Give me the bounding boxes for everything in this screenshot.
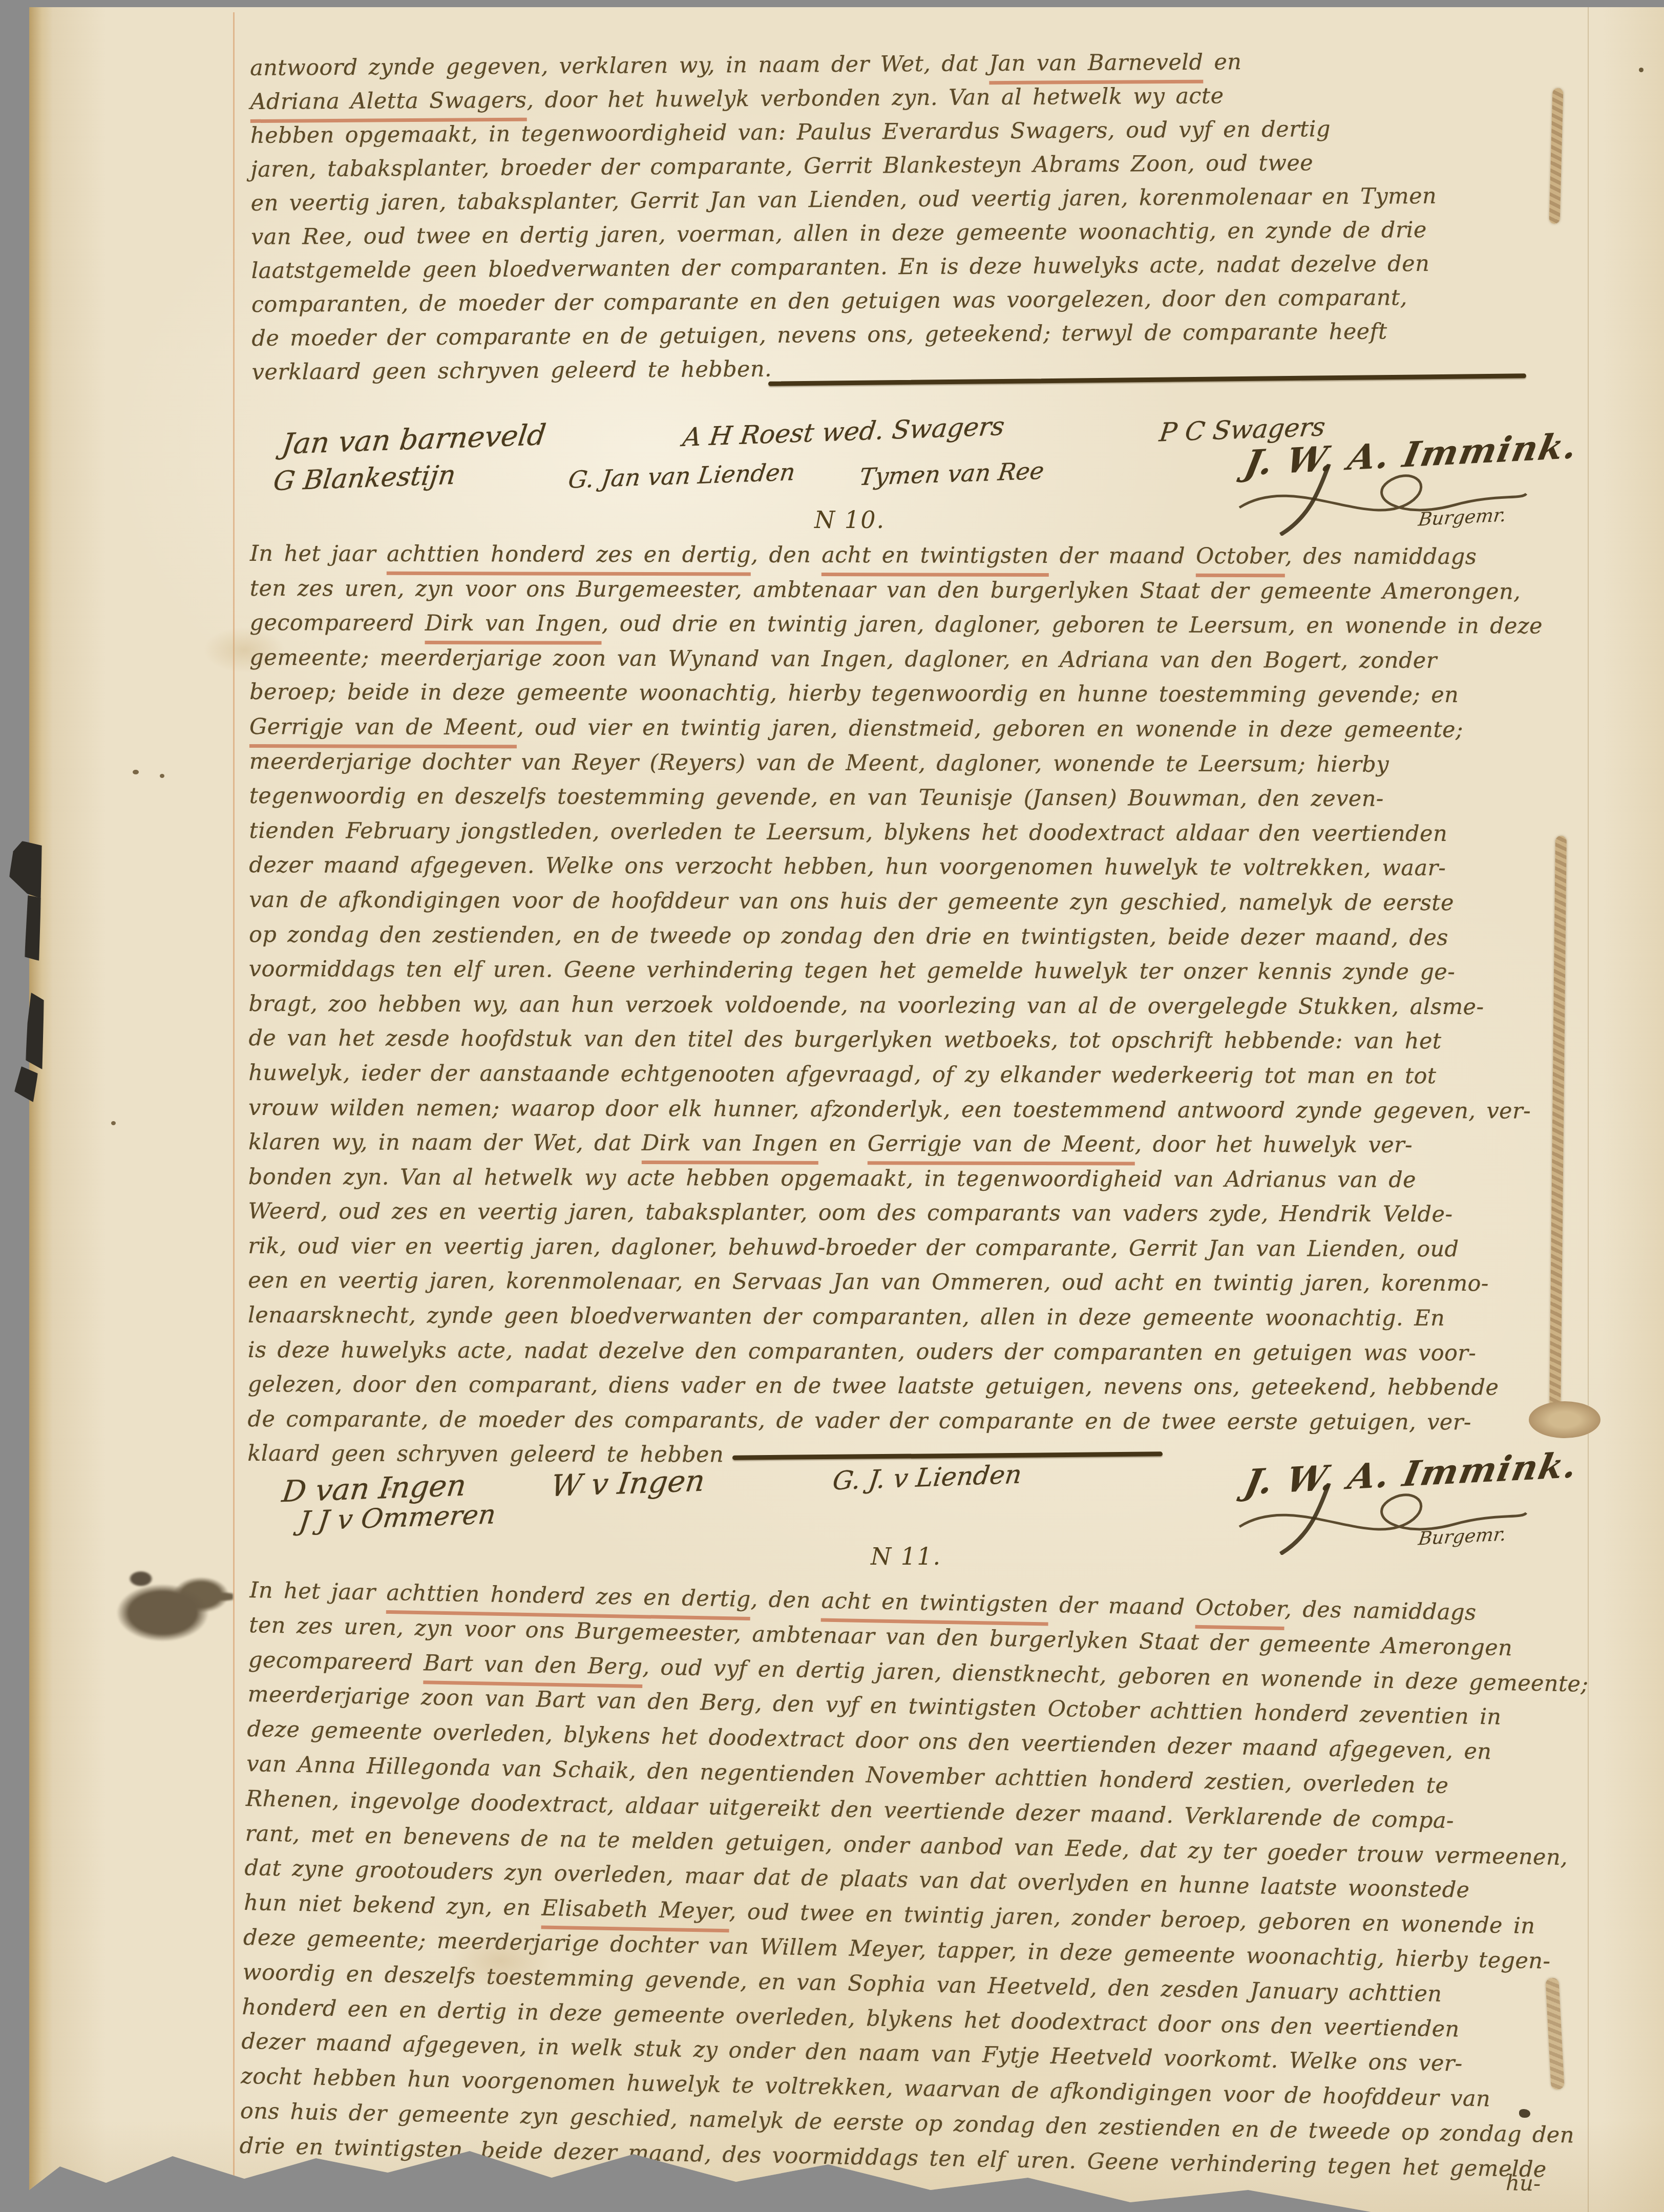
red-underlined-text: Adriana Aletta Swagers: [250, 88, 526, 123]
text-segment: antwoord zynde gegeven, verklaren wy, in…: [250, 51, 989, 81]
text-segment: huwelyk, ieder der aanstaande echtgenoot…: [248, 1060, 1436, 1089]
binding-thread-middle: [1549, 836, 1567, 1412]
text-segment: In het jaar: [250, 541, 387, 567]
paper-crease: [1588, 7, 1589, 2212]
text-segment: rik, oud vier en veertig jaren, dagloner…: [248, 1233, 1459, 1262]
red-underlined-text: acht en twintigsten: [821, 1588, 1048, 1626]
ink-speck: [160, 774, 164, 778]
ink-speck: [133, 770, 139, 774]
text-segment: beroep; beide in deze gemeente woonachti…: [249, 679, 1459, 708]
text-segment: vrouw wilden nemen; waarop door elk hunn…: [248, 1094, 1531, 1124]
ink-speck: [1639, 68, 1644, 72]
margin-ruling-line: [233, 12, 235, 2179]
text-segment: bonden zyn. Van al hetwelk wy acte hebbe…: [248, 1164, 1416, 1193]
text-segment: op zondag den zestienden, en de tweede o…: [249, 922, 1448, 951]
text-line: vrouw wilden nemen; waarop door elk hunn…: [248, 1094, 1549, 1132]
text-line: de van het zesde hoofdstuk van den titel…: [248, 1025, 1549, 1063]
text-segment: tienden February jongstleden, overleden …: [249, 818, 1447, 847]
red-underlined-text: Dirk van Ingen: [425, 610, 602, 645]
text-segment: dezer maand afgegeven. Welke ons verzoch…: [249, 852, 1446, 881]
text-line: Gerrigje van de Meent, oud vier en twint…: [249, 714, 1550, 752]
ink-blot: [105, 1559, 233, 1649]
left-edge-ink-marks: [25, 895, 41, 961]
text-segment: voormiddags ten elf uren. Geene verhinde…: [249, 956, 1455, 985]
document-page: antwoord zynde gegeven, verklaren wy, in…: [29, 7, 1664, 2212]
ink-speck: [1519, 2109, 1530, 2118]
text-line: Weerd, oud zes en veertig jaren, tabaksp…: [248, 1198, 1549, 1236]
red-underlined-text: acht en twintigsten: [822, 542, 1049, 577]
text-segment: bragt, zoo hebben wy, aan hun verzoek vo…: [249, 991, 1484, 1020]
act-number-heading: N 10.: [814, 506, 885, 534]
text-segment: meerderjarige dochter van Reyer (Reyers)…: [249, 749, 1389, 777]
text-segment: , oud vier en twintig jaren, dienstmeid,…: [517, 714, 1463, 743]
text-segment: gecompareerd: [248, 1647, 424, 1676]
text-line: bragt, zoo hebben wy, aan hun verzoek vo…: [249, 991, 1550, 1029]
signature-witness-act10: G. J. v Lienden: [831, 1460, 1024, 1496]
text-segment: , den: [750, 1587, 822, 1614]
signature-witness-act10: J J v Ommeren: [297, 1499, 497, 1536]
text-segment: gelezen, door den comparant, diens vader…: [248, 1372, 1499, 1400]
red-underlined-text: Jan van Barneveld: [989, 50, 1204, 85]
signature-witness-act9: Tymen van Ree: [858, 457, 1046, 491]
red-underlined-text: Gerrigje van de Meent: [249, 714, 517, 748]
left-edge-ink-marks: [9, 841, 42, 898]
text-segment: der maand: [1048, 1592, 1196, 1620]
act-10-paragraph: In het jaar achttien honderd zes en dert…: [247, 541, 1551, 1479]
text-segment: de van het zesde hoofdstuk van den titel…: [248, 1025, 1441, 1054]
text-segment: Weerd, oud zes en veertig jaren, tabaksp…: [248, 1198, 1453, 1227]
text-segment: tegenwoordig en deszelfs toestemming gev…: [249, 783, 1384, 812]
binding-thread-knot: [1529, 1401, 1600, 1438]
text-line: lenaarsknecht, zynde geen bloedverwanten…: [248, 1302, 1549, 1340]
text-segment: is deze huwelyks acte, nadat dezelve den…: [248, 1337, 1476, 1366]
left-edge-ink-marks: [26, 993, 44, 1069]
text-line: van de afkondigingen voor de hoofddeur v…: [249, 887, 1550, 925]
text-line: tegenwoordig en deszelfs toestemming gev…: [249, 783, 1550, 821]
text-line: op zondag den zestienden, en de tweede o…: [249, 922, 1550, 960]
text-line: ten zes uren, zyn voor ons Burgemeester,…: [250, 576, 1551, 614]
text-line: voormiddags ten elf uren. Geene verhinde…: [249, 956, 1550, 994]
text-line: de comparante, de moeder des comparants,…: [247, 1406, 1548, 1444]
text-segment: gecompareerd: [250, 610, 425, 636]
ink-speck: [388, 1487, 392, 1491]
text-segment: lenaarsknecht, zynde geen bloedverwanten…: [248, 1302, 1445, 1331]
text-line: gelezen, door den comparant, diens vader…: [248, 1372, 1549, 1409]
text-segment: ten zes uren, zyn voor ons Burgemeester,…: [250, 576, 1521, 604]
text-segment: verklaard geen schryven geleerd te hebbe…: [252, 356, 783, 385]
text-segment: , door het huwelyk verbonden zyn. Van al…: [526, 83, 1224, 113]
red-underlined-text: Elisabeth Meyer: [541, 1895, 729, 1933]
text-segment: der maand: [1049, 543, 1196, 569]
text-segment: een en veertig jaren, korenmolenaar, en …: [248, 1268, 1489, 1296]
text-segment: van de afkondigingen voor de hoofddeur v…: [249, 887, 1454, 916]
red-underlined-text: October: [1196, 543, 1285, 577]
text-line: gecompareerd Dirk van Ingen, oud drie en…: [249, 610, 1550, 648]
text-segment: , door het huwelyk ver-: [1134, 1132, 1413, 1158]
text-segment: , den: [751, 542, 822, 568]
act-number-heading: N 11.: [871, 1543, 941, 1570]
red-underlined-text: October: [1195, 1595, 1284, 1630]
text-line: rik, oud vier en veertig jaren, dagloner…: [248, 1233, 1549, 1271]
scanned-register-page: antwoord zynde gegeven, verklaren wy, in…: [0, 0, 1664, 2212]
deckle-edge: [29, 7, 53, 2212]
text-segment: gemeente; meerderjarige zoon van Wynand …: [249, 645, 1437, 673]
text-segment: klaren wy, in naam der Wet, dat: [248, 1129, 642, 1156]
text-segment: hun niet bekend zyn, en: [244, 1890, 542, 1921]
signature-witness-act10: W v Ingen: [549, 1463, 707, 1503]
text-segment: , des namiddags: [1284, 1596, 1477, 1626]
catchword: hu-: [1505, 2170, 1541, 2196]
signature-groom-act9: Jan van barneveld: [280, 418, 548, 461]
text-segment: klaard geen schryven geleerd te hebben: [247, 1441, 734, 1467]
text-line: In het jaar achttien honderd zes en dert…: [250, 541, 1551, 579]
text-line: beroep; beide in deze gemeente woonachti…: [249, 679, 1550, 717]
text-segment: In het jaar: [249, 1577, 387, 1606]
binding-thread-bottom: [1545, 1977, 1564, 2090]
ink-speck: [111, 1121, 116, 1125]
text-line: gemeente; meerderjarige zoon van Wynand …: [249, 645, 1550, 683]
text-line: huwelyk, ieder der aanstaande echtgenoot…: [248, 1060, 1549, 1098]
text-segment: , des namiddags: [1285, 543, 1477, 570]
text-line: meerderjarige dochter van Reyer (Reyers)…: [249, 749, 1550, 787]
text-segment: en: [1203, 49, 1241, 75]
text-segment: en: [818, 1131, 868, 1156]
text-line: tienden February jongstleden, overleden …: [249, 818, 1550, 856]
red-underlined-text: Bart van den Berg: [424, 1650, 643, 1688]
text-line: dezer maand afgegeven. Welke ons verzoch…: [249, 852, 1550, 890]
text-line: bonden zyn. Van al hetwelk wy acte hebbe…: [248, 1164, 1549, 1202]
red-underlined-text: achttien honderd zes en dertig: [386, 1580, 751, 1620]
act-9-closing-paragraph: antwoord zynde gegeven, verklaren wy, in…: [250, 47, 1553, 393]
text-segment: , oud drie en twintig jaren, dagloner, g…: [602, 611, 1543, 639]
red-underlined-text: achttien honderd zes en dertig: [387, 541, 751, 576]
text-line: is deze huwelyks acte, nadat dezelve den…: [248, 1337, 1549, 1375]
binding-thread-top: [1549, 88, 1564, 224]
red-underlined-text: Dirk van Ingen: [642, 1130, 818, 1165]
text-line: klaren wy, in naam der Wet, dat Dirk van…: [248, 1129, 1549, 1167]
text-line: verklaard geen schryven geleerd te hebbe…: [252, 351, 1553, 393]
signature-witness-act9: G. Jan van Lienden: [567, 458, 797, 493]
act-11-paragraph: In het jaar achttien honderd zes en dert…: [239, 1577, 1551, 2192]
signature-witness-act9: G Blankestijn: [271, 460, 457, 497]
red-underlined-text: Gerrigje van de Meent: [868, 1131, 1135, 1165]
text-segment: de comparante, de moeder des comparants,…: [247, 1406, 1471, 1435]
signature-witness-act9: A H Roest wed. Swagers: [681, 411, 1006, 452]
text-line: een en veertig jaren, korenmolenaar, en …: [248, 1268, 1549, 1305]
